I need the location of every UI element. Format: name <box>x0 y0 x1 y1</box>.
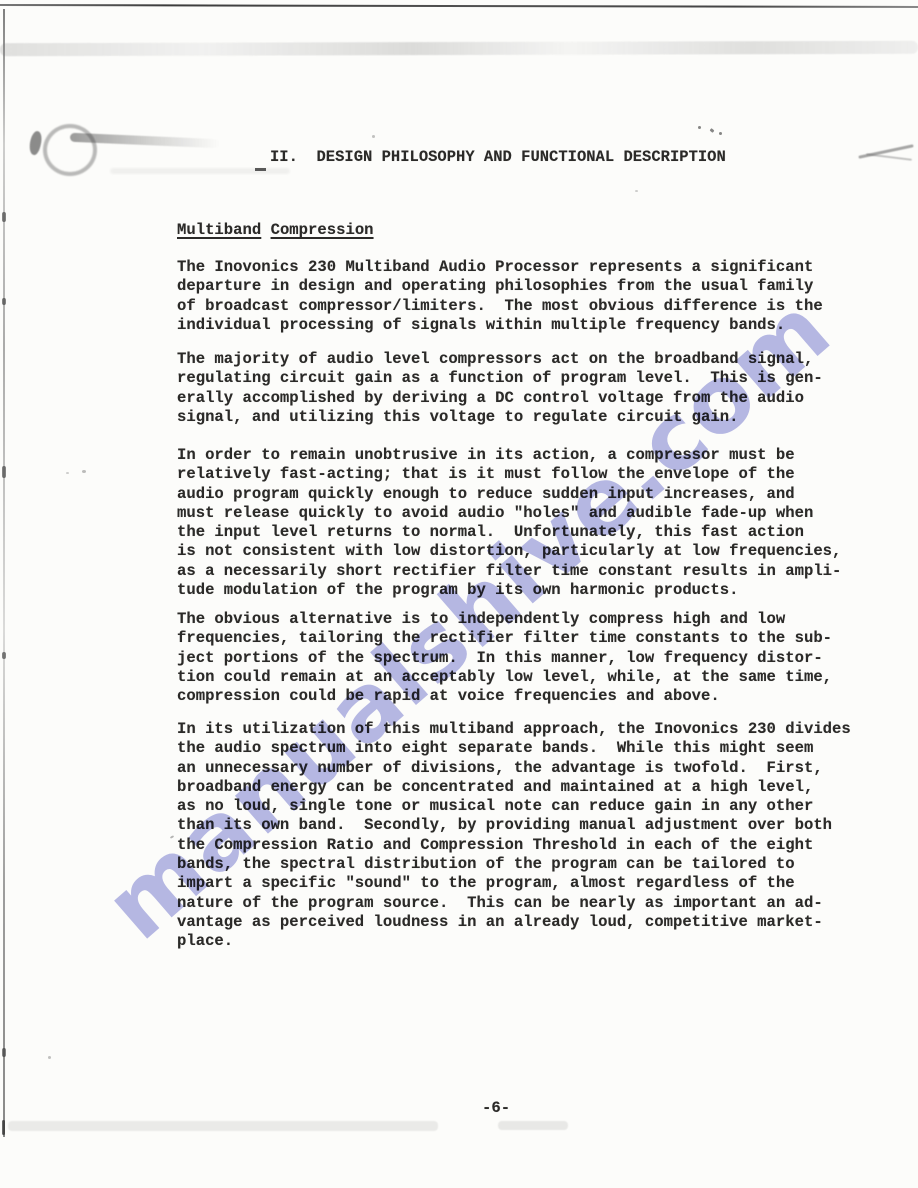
scan-speck <box>82 470 86 473</box>
section-title: II. DESIGN PHILOSOPHY AND FUNCTIONAL DES… <box>270 148 726 167</box>
scan-left-edge-line <box>3 9 5 1137</box>
heading-word: Multiband <box>177 221 261 239</box>
page-number: -6- <box>482 1099 510 1117</box>
body-paragraph: The majority of audio level compressors … <box>177 350 877 427</box>
scan-smudge <box>110 168 290 174</box>
body-paragraph: The Inovonics 230 Multiband Audio Proces… <box>177 258 877 335</box>
pen-mark <box>858 144 913 159</box>
ink-blot <box>27 130 43 156</box>
scan-speck <box>66 472 69 474</box>
ink-blot-streak <box>70 133 220 149</box>
ink-blot-ring <box>43 124 97 176</box>
scan-speck <box>48 1056 51 1059</box>
scan-smudge-band-bottom <box>8 1121 438 1131</box>
scan-speck <box>719 132 722 135</box>
body-paragraph: In its utilization of this multiband app… <box>177 720 877 952</box>
scan-speck <box>170 835 174 839</box>
scan-smudge-band-bottom <box>498 1121 568 1130</box>
body-paragraph: In order to remain unobtrusive in its ac… <box>177 446 877 600</box>
scan-edge-tick <box>2 1120 5 1135</box>
scan-edge-tick <box>2 1048 6 1057</box>
scan-top-edge-line <box>0 4 918 8</box>
scanned-manual-page: II. DESIGN PHILOSOPHY AND FUNCTIONAL DES… <box>0 0 918 1188</box>
scan-smudge-band <box>0 41 918 56</box>
scan-edge-tick <box>2 466 6 478</box>
scan-edge-tick <box>2 298 6 305</box>
scan-speck <box>698 126 701 129</box>
scan-edge-tick <box>2 652 6 659</box>
stray-underscore-mark <box>255 168 266 171</box>
scan-speck <box>372 135 375 138</box>
pen-mark <box>866 153 912 161</box>
scan-speck <box>710 128 715 133</box>
heading-word: Compression <box>271 221 374 239</box>
heading-space <box>261 221 270 239</box>
scan-speck <box>635 190 638 192</box>
body-paragraph: The obvious alternative is to independen… <box>177 610 877 706</box>
heading-multiband-compression: Multiband Compression <box>177 221 374 240</box>
scan-edge-tick <box>2 212 6 222</box>
